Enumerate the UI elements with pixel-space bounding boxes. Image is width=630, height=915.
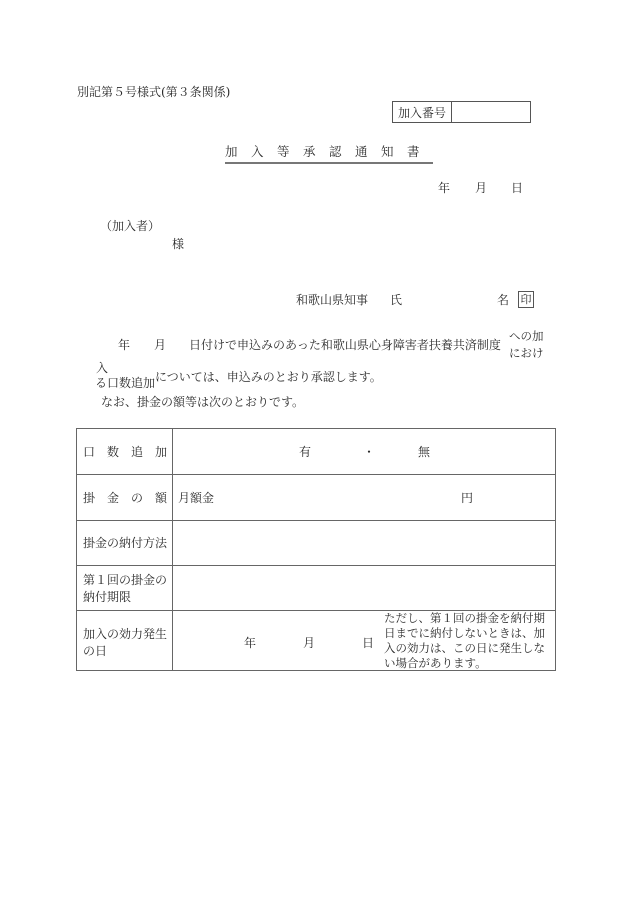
column-divider	[172, 429, 173, 670]
note-line: 入の効力は、この日に発生しな	[384, 641, 545, 656]
addressee-honorific: 様	[172, 238, 184, 250]
value-yes[interactable]: 有	[299, 444, 311, 460]
label-unit-addition: 口 数 追 加	[83, 444, 167, 460]
value-no[interactable]: 無	[418, 444, 430, 460]
date-year-label: 年	[438, 182, 450, 194]
body-year-label: 年	[118, 339, 130, 351]
row-divider	[77, 565, 555, 566]
label-first-deadline-2: 納付期限	[83, 589, 131, 605]
seal-mark: 印	[518, 291, 534, 308]
issuer-name-label-1: 氏	[390, 294, 402, 306]
body-month-label: 月	[154, 339, 166, 351]
yen-suffix: 円	[461, 490, 473, 506]
separator-dot: ・	[363, 444, 375, 460]
effective-date-note: ただし、第１回の掛金を納付期 日までに納付しないときは、加 入の効力は、この日に…	[384, 611, 545, 671]
approval-details-table: 口 数 追 加 有 ・ 無 掛 金 の 額 月額金 円 掛金の納付方法 第１回の…	[76, 428, 556, 671]
note-line: ただし、第１回の掛金を納付期	[384, 611, 545, 626]
label-effective-date-2: の日	[83, 643, 107, 659]
body-wrap-bottom: る口数追加	[95, 377, 155, 389]
membership-number-label: 加入番号	[393, 102, 452, 122]
monthly-amount-prefix: 月額金	[178, 490, 214, 506]
date-month-label: 月	[475, 182, 487, 194]
membership-number-field[interactable]	[452, 102, 530, 122]
date-day-label: 日	[511, 182, 523, 194]
body-wrap-top: 入	[96, 362, 108, 374]
body-text-3: なお、掛金の額等は次のとおりです。	[101, 396, 304, 408]
label-first-deadline-1: 第１回の掛金の	[83, 572, 167, 588]
membership-number-box: 加入番号	[392, 101, 531, 123]
body-text-2: については、申込みのとおり承認します。	[155, 371, 382, 383]
label-payment-method: 掛金の納付方法	[83, 535, 167, 551]
effective-day-label: 日	[362, 635, 374, 651]
label-premium-amount: 掛 金 の 額	[83, 490, 167, 506]
row-divider	[77, 474, 555, 475]
row-divider	[77, 520, 555, 521]
form-identifier: 別記第５号様式(第３条関係)	[77, 86, 230, 98]
note-line: い場合があります。	[384, 656, 545, 671]
issuer-name-label-2: 名	[497, 294, 509, 306]
body-side-bottom: におけ	[509, 346, 544, 360]
document-title: 加入等承認通知書	[225, 146, 433, 164]
effective-year-label: 年	[244, 635, 256, 651]
body-text-1: 日付けで申込みのあった和歌山県心身障害者扶養共済制度	[189, 339, 501, 351]
effective-month-label: 月	[303, 635, 315, 651]
issuer-title: 和歌山県知事	[296, 294, 368, 306]
label-effective-date-1: 加入の効力発生	[83, 626, 167, 642]
note-line: 日までに納付しないときは、加	[384, 626, 545, 641]
body-side-top: への加	[509, 329, 544, 343]
addressee-label: （加入者）	[100, 220, 160, 232]
